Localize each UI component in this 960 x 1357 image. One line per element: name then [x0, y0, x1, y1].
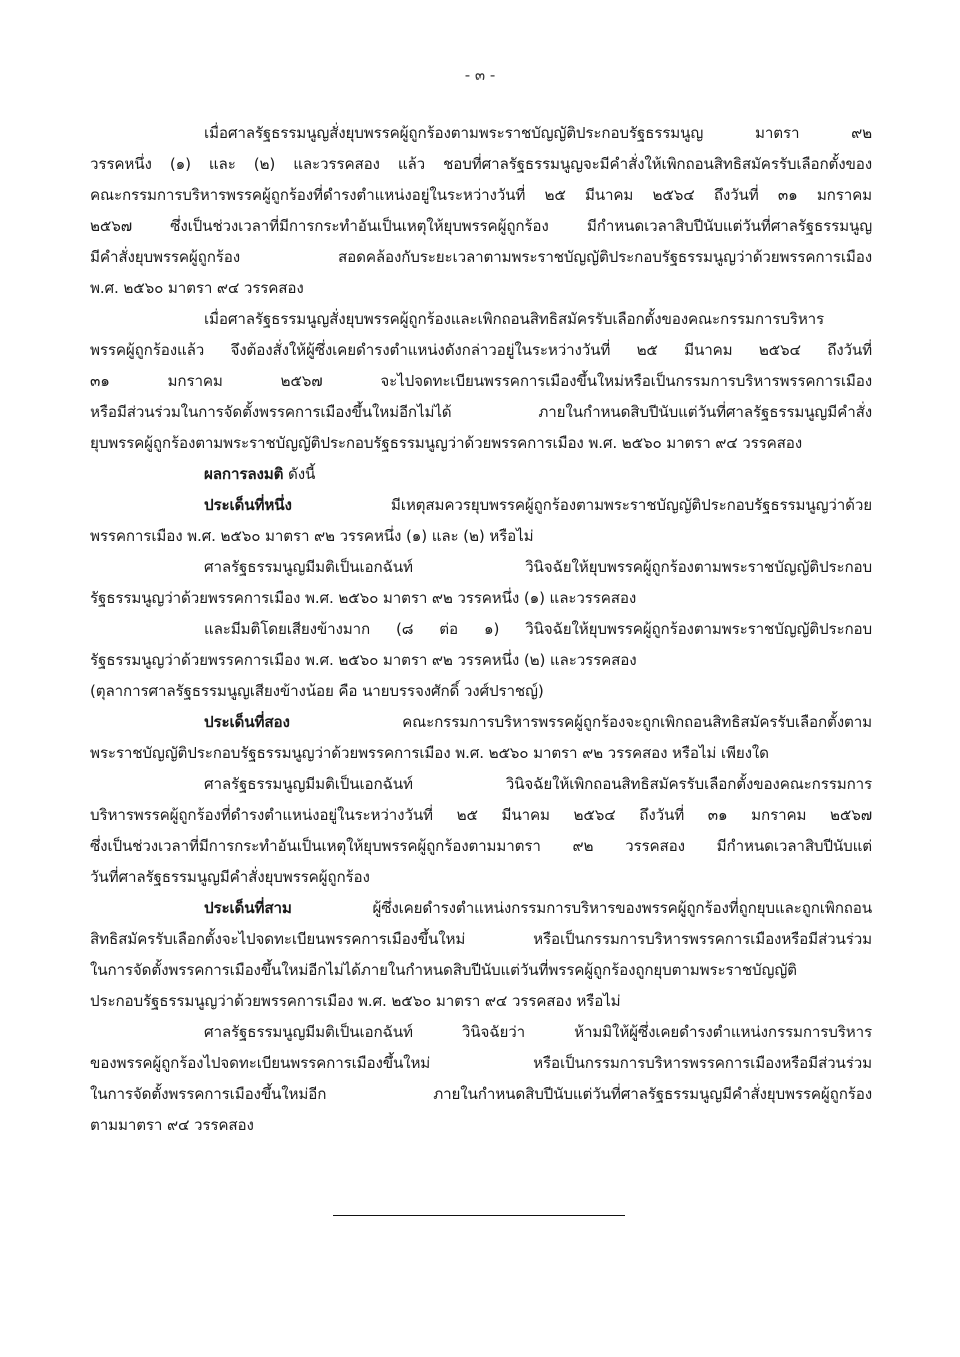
- issue-one-text: มีเหตุสมควรยุบพรรคผู้ถูกร้องตามพระราชบัญ…: [292, 496, 872, 514]
- issue-one-label: ประเด็นที่หนึ่ง: [204, 496, 292, 514]
- text-line: ศาลรัฐธรรมนูญมีมติเป็นเอกฉันท์ วินิจฉัยว…: [90, 1017, 872, 1048]
- text-line: เมื่อศาลรัฐธรรมนูญสั่งยุบพรรคผู้ถูกร้องแ…: [90, 304, 872, 335]
- text-line: สิทธิสมัครรับเลือกตั้งจะไปจดทะเบียนพรรคก…: [90, 924, 872, 955]
- voting-results-heading: ผลการลงมติ ดังนี้: [90, 459, 872, 490]
- text-line: รัฐธรรมนูญว่าด้วยพรรคการเมือง พ.ศ. ๒๕๖๐ …: [90, 583, 872, 614]
- text-line: ในการจัดตั้งพรรคการเมืองขึ้นใหม่อีกไม่ได…: [90, 955, 872, 986]
- text-line: ซึ่งเป็นช่วงเวลาที่มีการกระทำอันเป็นเหตุ…: [90, 831, 872, 862]
- text-line: ๒๕๖๗ ซึ่งเป็นช่วงเวลาที่มีการกระทำอันเป็…: [90, 211, 872, 242]
- page-number: - ๓ -: [0, 63, 960, 87]
- text-line: ตามมาตรา ๙๔ วรรคสอง: [90, 1110, 872, 1141]
- issue-two-text: คณะกรรมการบริหารพรรคผู้ถูกร้องจะถูกเพิกถ…: [290, 713, 872, 731]
- text-line: บริหารพรรคผู้ถูกร้องที่ดำรงตำแหน่งอยู่ใน…: [90, 800, 872, 831]
- text-line: และมีมติโดยเสียงข้างมาก (๘ ต่อ ๑) วินิจฉ…: [90, 614, 872, 645]
- issue-three-label: ประเด็นที่สาม: [204, 899, 292, 917]
- text-line: ๓๑ มกราคม ๒๕๖๗ จะไปจดทะเบียนพรรคการเมือง…: [90, 366, 872, 397]
- text-line: หรือมีส่วนร่วมในการจัดตั้งพรรคการเมืองขึ…: [90, 397, 872, 428]
- text-line: ประกอบรัฐธรรมนูญว่าด้วยพรรคการเมือง พ.ศ.…: [90, 986, 872, 1017]
- issue-two-label: ประเด็นที่สอง: [204, 713, 290, 731]
- end-divider-line: [333, 1215, 625, 1216]
- text-line: คณะกรรมการบริหารพรรคผู้ถูกร้องที่ดำรงตำแ…: [90, 180, 872, 211]
- issue-one-line: ประเด็นที่หนึ่ง มีเหตุสมควรยุบพรรคผู้ถูก…: [90, 490, 872, 521]
- text-line: พรรคผู้ถูกร้องแล้ว จึงต้องสั่งให้ผู้ซึ่ง…: [90, 335, 872, 366]
- text-line: ของพรรคผู้ถูกร้องไปจดทะเบียนพรรคการเมือง…: [90, 1048, 872, 1079]
- issue-three-text: ผู้ซึ่งเคยดำรงตำแหน่งกรรมการบริหารของพรร…: [292, 899, 872, 917]
- text-line: ศาลรัฐธรรมนูญมีมติเป็นเอกฉันท์ วินิจฉัยใ…: [90, 769, 872, 800]
- heading-bold: ผลการลงมติ: [204, 465, 283, 483]
- heading-text: ดังนี้: [283, 465, 315, 483]
- text-line: มีคำสั่งยุบพรรคผู้ถูกร้อง สอดคล้องกับระย…: [90, 242, 872, 273]
- issue-three-line: ประเด็นที่สาม ผู้ซึ่งเคยดำรงตำแหน่งกรรมก…: [90, 893, 872, 924]
- text-line: พระราชบัญญัติประกอบรัฐธรรมนูญว่าด้วยพรรค…: [90, 738, 872, 769]
- text-line: เมื่อศาลรัฐธรรมนูญสั่งยุบพรรคผู้ถูกร้องต…: [90, 118, 872, 149]
- text-line: ยุบพรรคผู้ถูกร้องตามพระราชบัญญัติประกอบร…: [90, 428, 872, 459]
- document-body: เมื่อศาลรัฐธรรมนูญสั่งยุบพรรคผู้ถูกร้องต…: [90, 118, 872, 1141]
- text-line: พรรคการเมือง พ.ศ. ๒๕๖๐ มาตรา ๙๒ วรรคหนึ่…: [90, 521, 872, 552]
- text-line: ศาลรัฐธรรมนูญมีมติเป็นเอกฉันท์ วินิจฉัยใ…: [90, 552, 872, 583]
- document-page: - ๓ - เมื่อศาลรัฐธรรมนูญสั่งยุบพรรคผู้ถู…: [0, 0, 960, 1357]
- text-line: วรรคหนึ่ง (๑) และ (๒) และวรรคสอง แล้ว ชอ…: [90, 149, 872, 180]
- text-line: วันที่ศาลรัฐธรรมนูญมีคำสั่งยุบพรรคผู้ถูก…: [90, 862, 872, 893]
- text-line: รัฐธรรมนูญว่าด้วยพรรคการเมือง พ.ศ. ๒๕๖๐ …: [90, 645, 872, 676]
- text-line: ในการจัดตั้งพรรคการเมืองขึ้นใหม่อีก ภายใ…: [90, 1079, 872, 1110]
- issue-two-line: ประเด็นที่สอง คณะกรรมการบริหารพรรคผู้ถูก…: [90, 707, 872, 738]
- text-line: พ.ศ. ๒๕๖๐ มาตรา ๙๔ วรรคสอง: [90, 273, 872, 304]
- minority-judge-note: (ตุลาการศาลรัฐธรรมนูญเสียงข้างน้อย คือ น…: [90, 676, 872, 707]
